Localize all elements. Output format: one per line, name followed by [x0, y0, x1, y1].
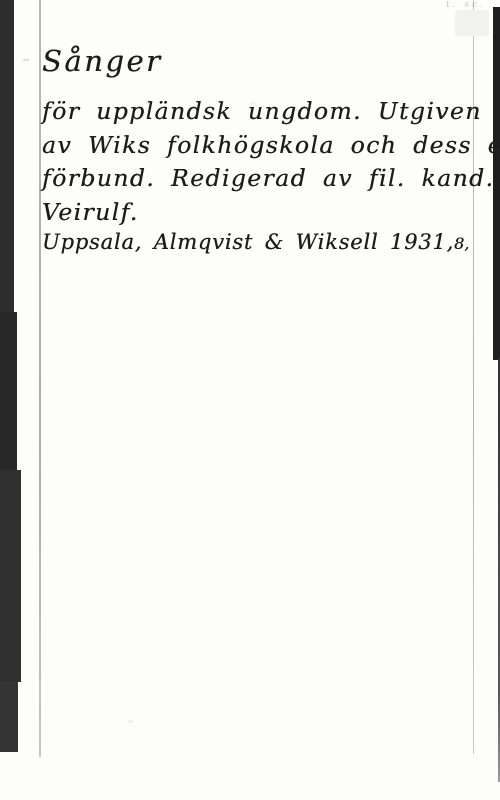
scan-edge-left-strip: [0, 0, 14, 312]
margin-pencil-mark: ~: [21, 54, 31, 66]
scanned-catalog-card: t. sc. ~ Sånger för uppländsk ungdom. Ut…: [0, 0, 500, 800]
entry-body-line: för uppländsk ungdom. Utgiven: [42, 97, 482, 125]
scan-edge-left-strip: [0, 470, 21, 682]
entry-body-line: av Wiks folkhögskola och dess elev-: [42, 131, 500, 159]
corner-smudge: [455, 10, 489, 36]
paper-speck: [128, 720, 133, 723]
entry-title: Sånger: [42, 44, 162, 78]
imprint-row: Uppsala, Almqvist & Wiksell 1931, 8,: [42, 230, 466, 254]
imprint-text: Uppsala, Almqvist & Wiksell 1931,: [42, 230, 454, 254]
format-mark: 8,: [454, 234, 469, 253]
scan-edge-left-strip: [0, 312, 17, 470]
card-left-edge-line: [39, 0, 41, 757]
entry-body-line: förbund. Redigerad av fil. kand. Olle: [42, 164, 500, 192]
scan-edge-left-strip: [0, 682, 18, 752]
corner-pencil-marks: t. sc.: [445, 0, 486, 10]
entry-body-line: Veirulf.: [42, 198, 139, 226]
